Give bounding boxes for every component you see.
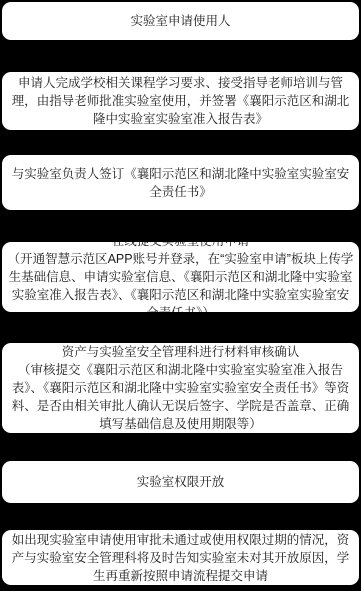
- step-applicant-text: 实验室申请使用人: [7, 12, 354, 30]
- step-material-review: 资产与实验室安全管理科进行材料审核确认 （审核提交《襄阳示范区和湖北隆中实验室实…: [2, 343, 359, 433]
- step-safety-agreement: 与实验室负责人签订《襄阳示范区和湖北隆中实验室实验室安全责任书》: [2, 155, 359, 210]
- step-rejection-resubmit: 如出现实验室申请使用审批未通过或使用权限过期的情况，资产与实验室安全管理科将及时…: [2, 530, 359, 585]
- step-permission-granted: 实验室权限开放: [2, 461, 359, 503]
- step-training-and-approval-text: 申请人完成学校相关课程学习要求、接受指导老师培训与管理，由指导老师批准实验室使用…: [7, 74, 354, 128]
- step-applicant: 实验室申请使用人: [2, 2, 359, 40]
- step-online-submission-detail: （开通智慧示范区APP账号并登录，在“实验室申请”板块上传学生基础信息、申请实验…: [7, 250, 354, 312]
- lab-application-flowchart: 实验室申请使用人 申请人完成学校相关课程学习要求、接受指导老师培训与管理，由指导…: [0, 0, 361, 591]
- step-material-review-detail: （审核提交《襄阳示范区和湖北隆中实验室实验室准入报告表》、《襄阳示范区和湖北隆中…: [7, 361, 354, 433]
- step-online-submission-title: 在线提交实验室使用申请: [7, 242, 354, 250]
- step-online-submission: 在线提交实验室使用申请 （开通智慧示范区APP账号并登录，在“实验室申请”板块上…: [2, 242, 359, 312]
- step-safety-agreement-text: 与实验室负责人签订《襄阳示范区和湖北隆中实验室实验室安全责任书》: [7, 165, 354, 201]
- step-permission-granted-text: 实验室权限开放: [7, 473, 354, 491]
- step-training-and-approval: 申请人完成学校相关课程学习要求、接受指导老师培训与管理，由指导老师批准实验室使用…: [2, 72, 359, 130]
- step-rejection-resubmit-text: 如出现实验室申请使用审批未通过或使用权限过期的情况，资产与实验室安全管理科将及时…: [7, 531, 354, 585]
- step-material-review-title: 资产与实验室安全管理科进行材料审核确认: [7, 343, 354, 361]
